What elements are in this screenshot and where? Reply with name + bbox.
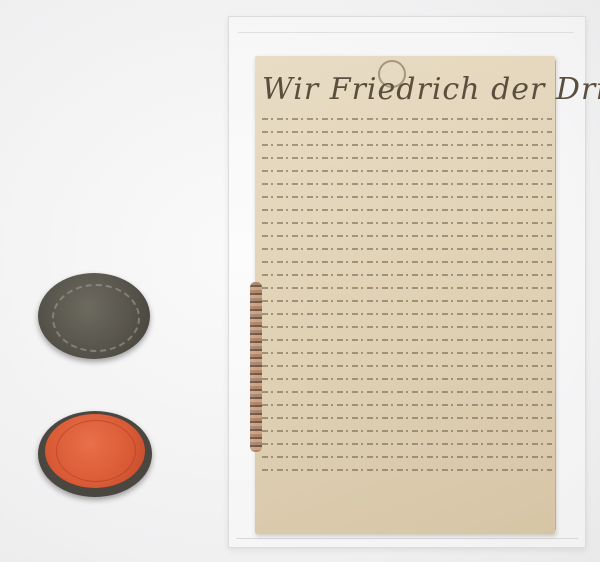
display-case-top-edge (238, 22, 574, 33)
eagle-relief-icon (52, 284, 140, 352)
wax-seal-impression-ring (56, 420, 136, 482)
display-case-bottom-edge (236, 538, 578, 545)
document-heading: Wir Friedrich der Dritte (262, 72, 552, 107)
binding-cord (250, 282, 262, 452)
document-text-lines (262, 118, 552, 482)
